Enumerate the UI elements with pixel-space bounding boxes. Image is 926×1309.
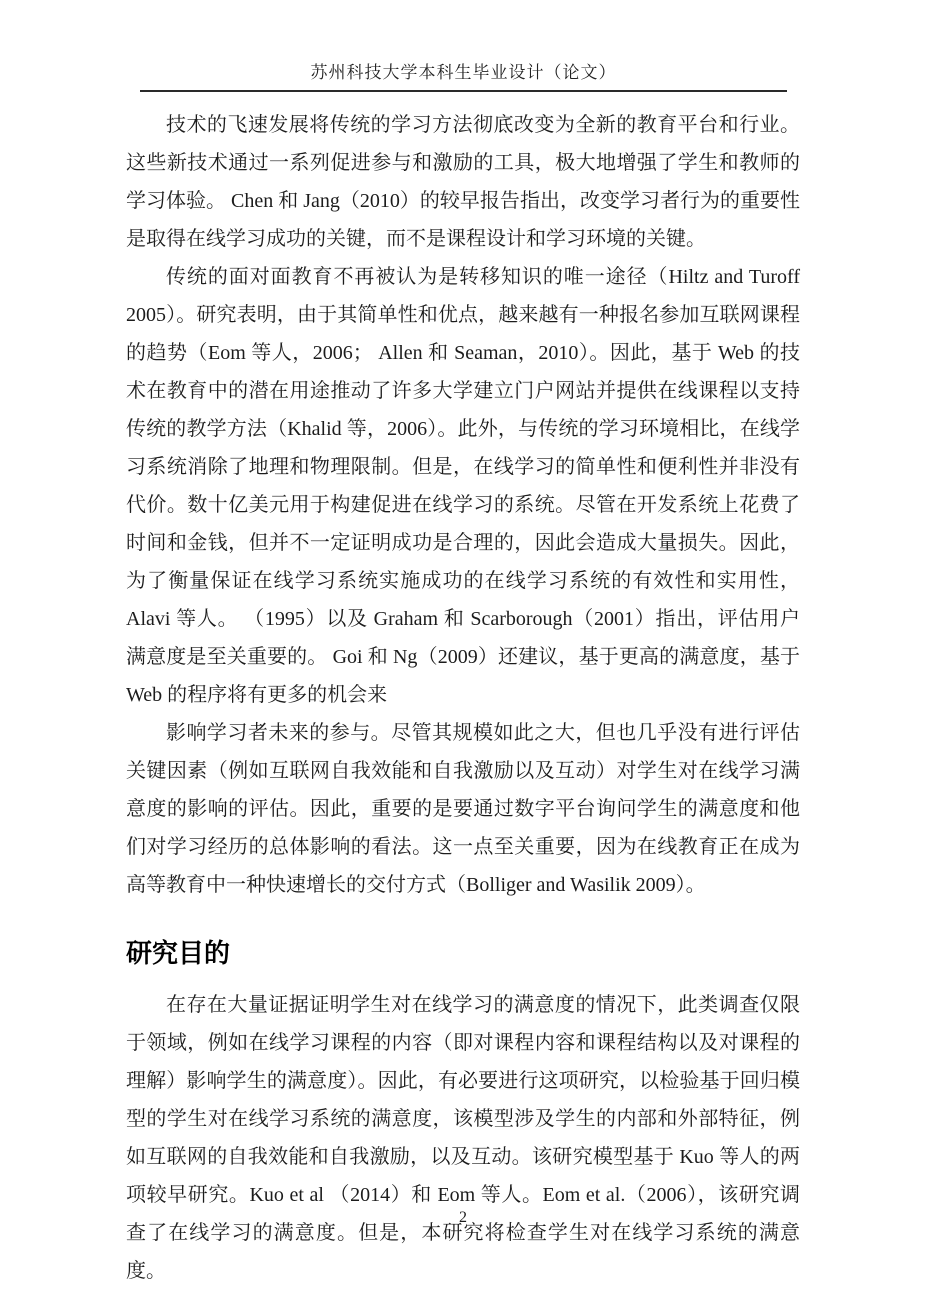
document-page: 苏州科技大学本科生毕业设计（论文） 技术的飞速发展将传统的学习方法彻底改变为全新… — [0, 0, 926, 1309]
header-title: 苏州科技大学本科生毕业设计（论文） — [311, 63, 617, 82]
section-heading-research-purpose: 研究目的 — [126, 938, 800, 968]
body-paragraph: 传统的面对面教育不再被认为是转移知识的唯一途径（Hiltz and Turoff… — [126, 258, 800, 714]
page-header: 苏州科技大学本科生毕业设计（论文） — [140, 62, 787, 92]
body-paragraph: 影响学习者未来的参与。尽管其规模如此之大，但也几乎没有进行评估关键因素（例如互联… — [126, 714, 800, 904]
page-number: 2 — [459, 1209, 467, 1226]
body-paragraph: 技术的飞速发展将传统的学习方法彻底改变为全新的教育平台和行业。这些新技术通过一系… — [126, 106, 800, 258]
body-paragraph: 在存在大量证据证明学生对在线学习的满意度的情况下，此类调查仅限于领域，例如在线学… — [126, 986, 800, 1290]
document-body: 技术的飞速发展将传统的学习方法彻底改变为全新的教育平台和行业。这些新技术通过一系… — [126, 106, 800, 1290]
page-footer: 2 — [0, 1208, 926, 1228]
